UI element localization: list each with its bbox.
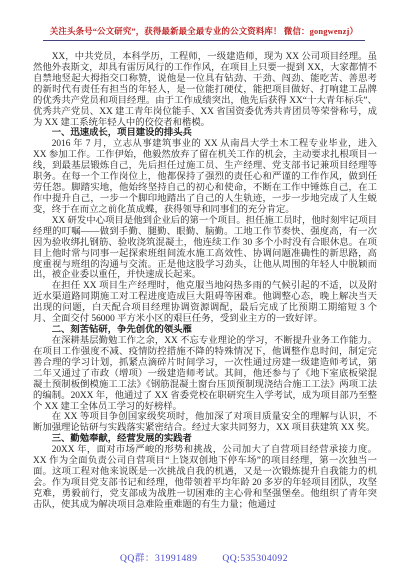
document-body: XX，中共党员，本科学历，工程师，一级建造师，现为 XX 公司项目经理。虽然他外… [33,52,377,511]
paragraph: XX，中共党员，本科学历，工程师，一级建造师，现为 XX 公司项目经理。虽然他外… [33,52,377,128]
qq-group-number: QQ群：31991489 [120,550,197,564]
document-header: 关注头条号“公文研究”，获得最新最全最专业的公文资料库！ 微信：gongwenz… [0,21,408,41]
paragraph: 20XX 年，面对市场严峻的形势和挑战，公司加大了自营项目经营承接力度。XX 作… [33,445,377,511]
paragraph: 在深耕基层勤勉工作之余，XX 不忘专业理论的学习，不断提升业务工作能力。在项目工… [33,336,377,412]
paragraph: XX 研发中心项目是他到企业后的第一个项目。担任施工员时，他时刻牢记项目经理的叮… [33,216,377,282]
qq-number: QQ:535304092 [222,553,288,564]
paragraph: 2016 年 7 月，立志从事建筑事业的 XX 从南昌大学土木工程专业毕业，进入… [33,139,377,215]
header-banner-text: 关注头条号“公文研究”，获得最新最全最专业的公文资料库！ 微信：gongwenz… [43,25,365,41]
section-heading: 二、刻苦钻研，争先创优的领头雁 [33,325,377,336]
section-heading: 三、勤勉奉献，经营发展的实践者 [33,434,377,445]
paragraph: 在担任 XX 项目生产经理时，他克服当地闷热多雨的气候引起的不适，以及附近水渠道… [33,281,377,325]
document-page: 关注头条号“公文研究”，获得最新最全最专业的公文资料库！ 微信：gongwenz… [0,0,408,580]
paragraph: 在 XX 等项目争创国家级奖项时，他加深了对项目质量安全的理解与认识，不断加强理… [33,412,377,434]
section-heading: 一、迅速成长，项目建设的排头兵 [33,128,377,139]
document-footer: QQ群：31991489 QQ:535304092 [0,550,408,564]
